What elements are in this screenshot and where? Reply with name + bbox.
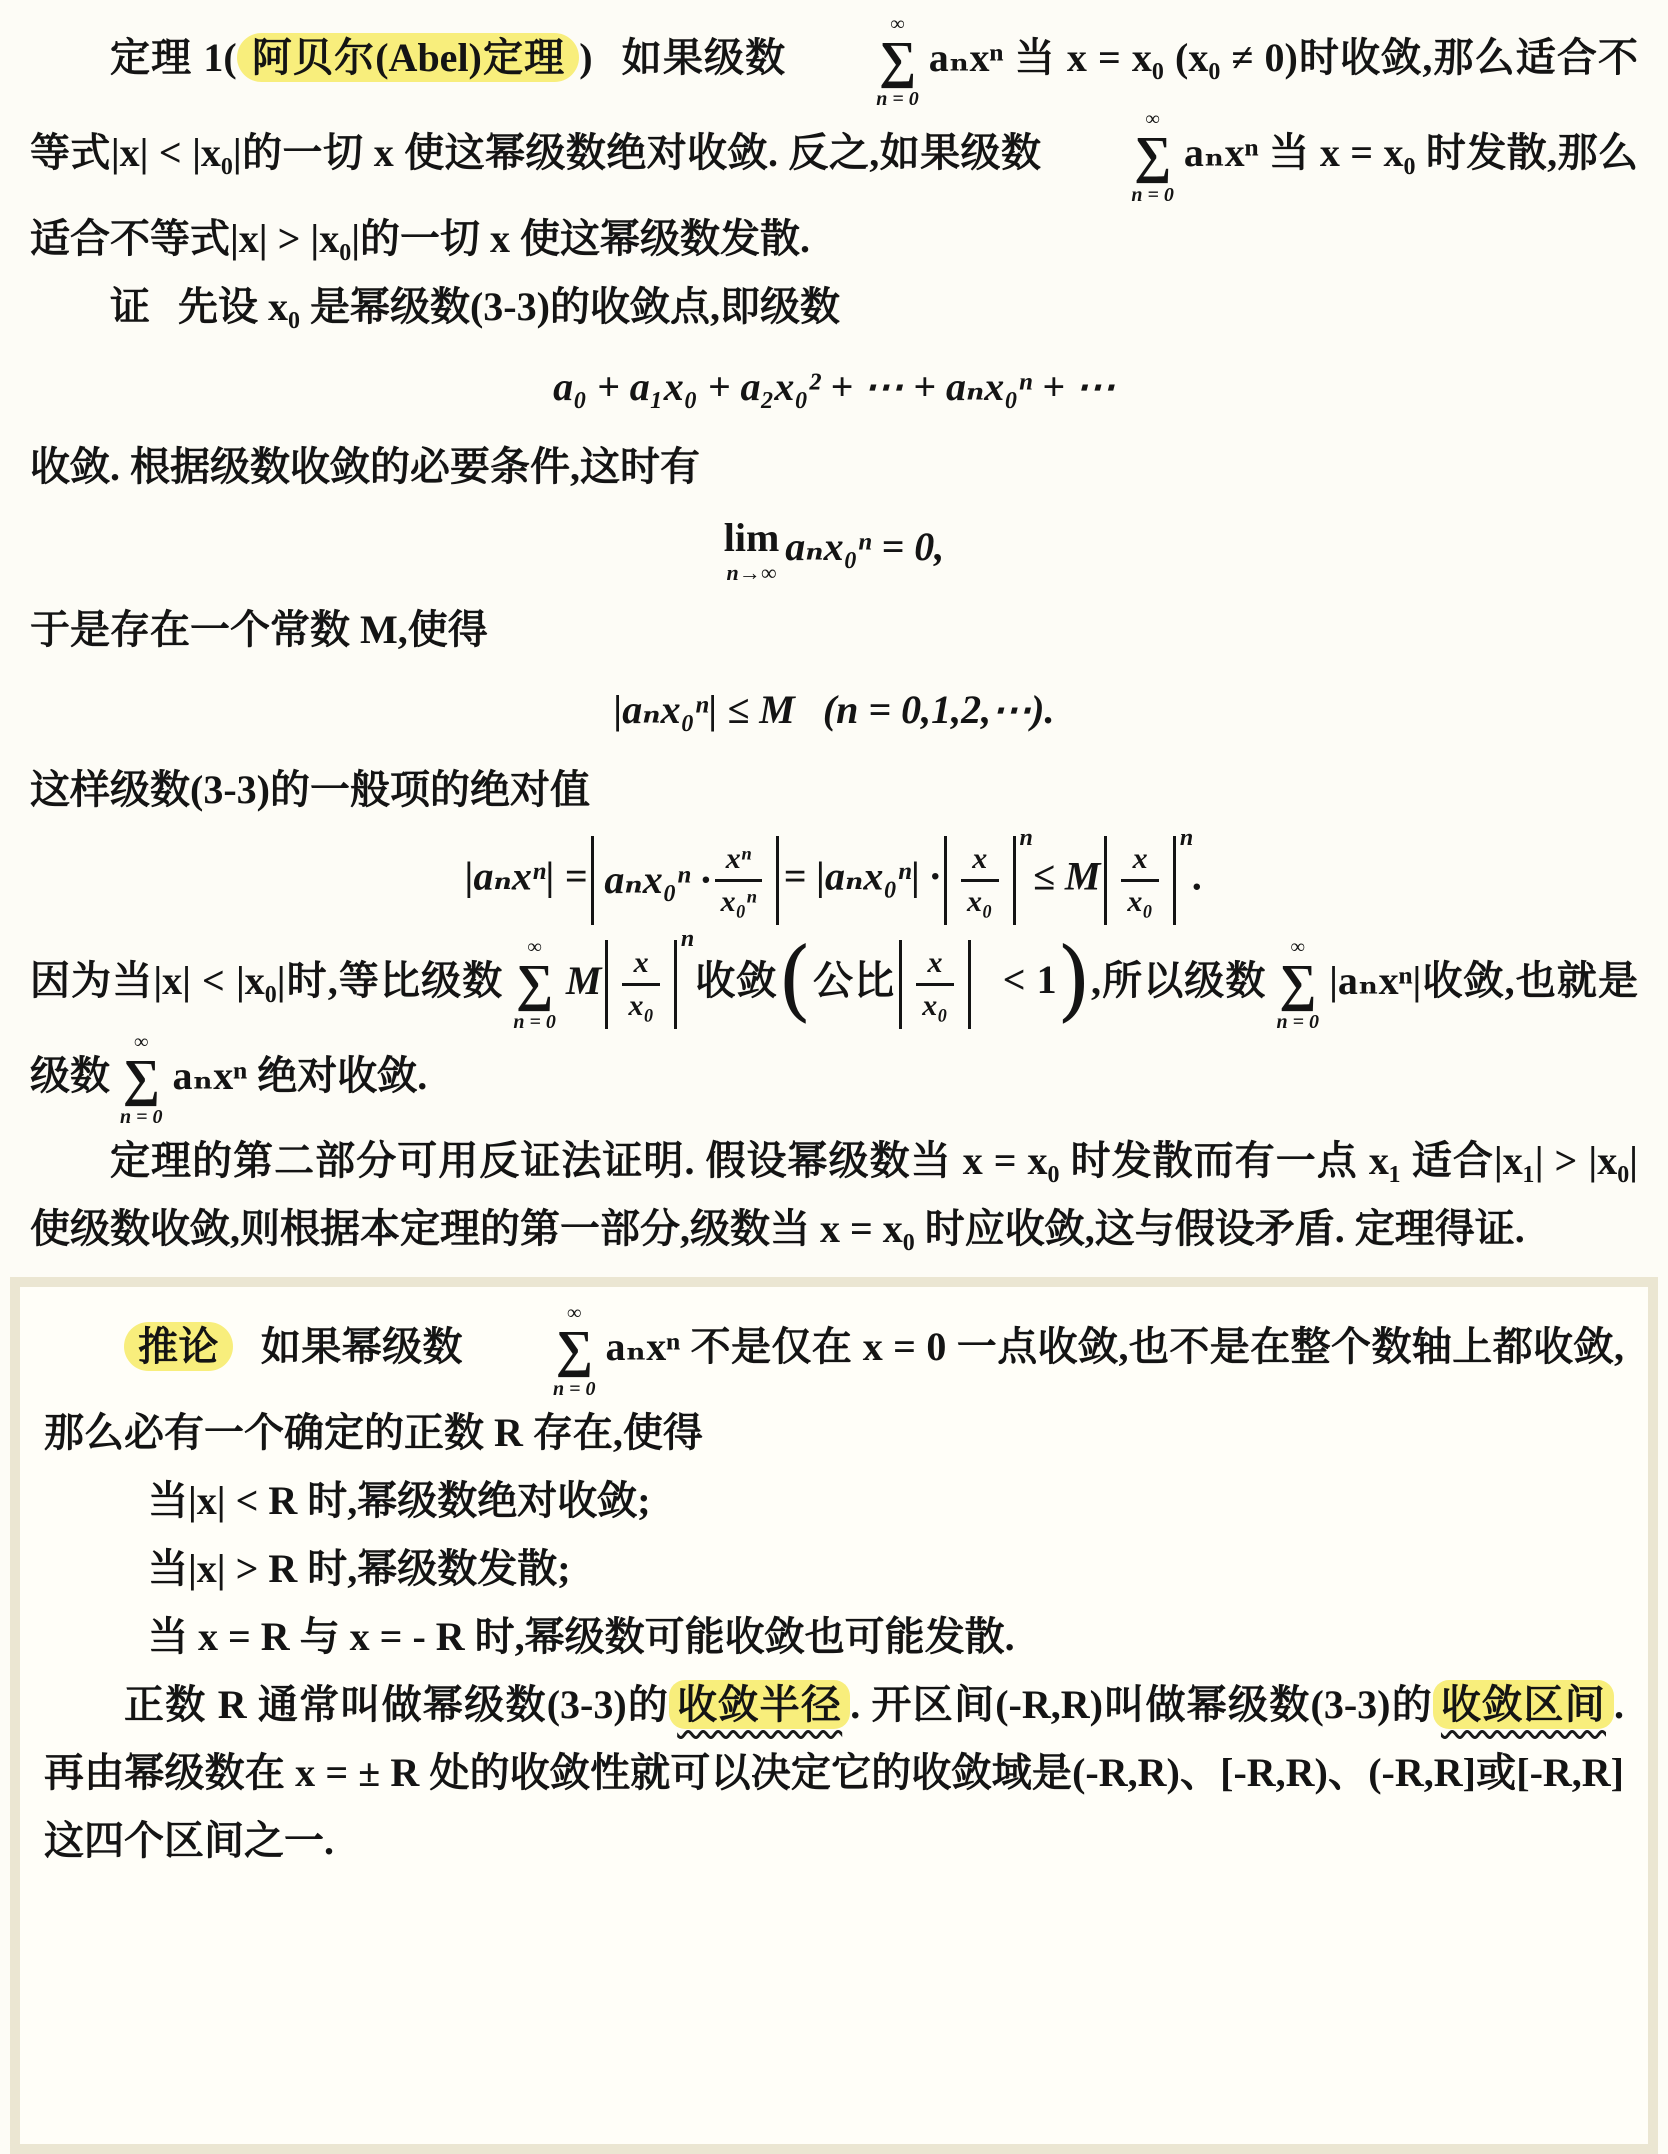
formula-2-tail: aₙx₀ⁿ = 0, [785,524,944,569]
sum-lower-limit: n = 0 [1277,1008,1320,1032]
case-line-1: 当|x| < R 时,幂级数绝对收敛; [44,1467,1624,1535]
f4-end: . [1193,853,1203,898]
case-2-text: 当|x| > R 时,幂级数发散; [148,1546,571,1591]
left-paren-big: ( [778,928,812,1031]
abs-bars: xx₀ [899,940,970,1029]
fraction-denominator: x₀ [1121,879,1158,919]
fraction-x-x0: xx₀ [1121,842,1158,919]
corollary-paragraph: 推论如果幂级数∞∑n = 0aₙxⁿ 不是仅在 x = 0 一点收敛,也不是在整… [44,1303,1624,1466]
formula-general-term: |aₙxⁿ| =aₙx₀ⁿ ·xⁿx₀ⁿ= |aₙx₀ⁿ| ·xx₀n≤ Mxx… [30,836,1638,925]
fraction-denominator: x₀ⁿ [715,879,763,919]
geo-text-1: 因为当|x| < |x₀|时,等比级数 [30,957,503,1002]
sigma-icon: ∑ [123,1054,160,1103]
abs-value-line: 这样级数(3-3)的一般项的绝对值 [30,756,1638,824]
sum-symbol: ∞∑n = 0 [796,14,919,109]
formula-3-right: (n = 0,1,2,⋯). [823,687,1055,732]
sum-lower-limit: n = 0 [796,85,919,109]
proof-label: 证 [110,284,150,329]
fraction-numerator: x [966,842,993,879]
case-line-3: 当 x = R 与 x = - R 时,幂级数可能收敛也可能发散. [44,1603,1624,1671]
formula-limit: limn→∞aₙx₀ⁿ = 0, [30,513,1638,584]
highlight-abel-theorem: 阿贝尔(Abel)定理 [237,33,580,82]
textbook-page: 定理 1(阿贝尔(Abel)定理)如果级数∞∑n = 0aₙxⁿ 当 x = x… [0,0,1668,2154]
exponent-n: n [1180,825,1193,851]
radius-paragraph: 正数 R 通常叫做幂级数(3-3)的收敛半径. 开区间(-R,R)叫做幂级数(3… [44,1671,1624,1875]
geo-text-5: aₙxⁿ 绝对收敛. [173,1053,428,1098]
abs-bars: xx₀ [944,836,1015,925]
main-content: 定理 1(阿贝尔(Abel)定理)如果级数∞∑n = 0aₙxⁿ 当 x = x… [0,0,1668,1263]
geo-gongbi: 公比 [812,957,895,1002]
theorem-text-1: 如果级数 [621,35,787,80]
highlight-convergence-interval: 收敛区间 [1433,1680,1614,1729]
highlight-convergence-radius: 收敛半径 [669,1680,850,1729]
corollary-text-1: 如果幂级数 [261,1324,463,1369]
fraction-numerator: x [922,946,949,983]
fraction-numerator: xⁿ [720,842,757,879]
proof-converge-text: 收敛. 根据级数收敛的必要条件,这时有 [30,444,700,489]
right-paren-big: ) [1057,928,1091,1031]
theorem-paragraph: 定理 1(阿贝尔(Abel)定理)如果级数∞∑n = 0aₙxⁿ 当 x = x… [30,14,1638,273]
geo-text-2: 收敛 [694,957,777,1002]
proof-intro-text: 先设 x₀ 是幂级数(3-3)的收敛点,即级数 [178,284,840,329]
case-line-2: 当|x| > R 时,幂级数发散; [44,1535,1624,1603]
sigma-icon: ∑ [1279,959,1316,1008]
f4-leq: ≤ M [1033,853,1101,898]
corollary-box: 推论如果幂级数∞∑n = 0aₙxⁿ 不是仅在 x = 0 一点收敛,也不是在整… [10,1277,1658,2154]
abs-bars: aₙx₀ⁿ ·xⁿx₀ⁿ [591,836,779,925]
geo-M: M [566,957,602,1002]
radius-text-2: . 开区间(-R,R)叫做幂级数(3-3)的 [850,1682,1433,1727]
exponent-n: n [681,926,694,952]
formula-bound: |aₙx₀ⁿ| ≤ M(n = 0,1,2,⋯). [30,676,1638,744]
exponent-n: n [1020,825,1033,851]
geo-text-3: ,所以级数 [1091,957,1267,1002]
highlight-corollary-label: 推论 [124,1322,233,1371]
abs-value-text: 这样级数(3-3)的一般项的绝对值 [30,767,590,812]
theorem-after-highlight: ) [579,35,592,80]
proof-converge-line: 收敛. 根据级数收敛的必要条件,这时有 [30,433,1638,501]
f4-mid: = |aₙx₀ⁿ| · [783,853,940,898]
sum-symbol: ∞∑n = 0 [513,937,556,1032]
sum-lower-limit: n = 0 [473,1375,596,1399]
geo-lt-one: < 1 [1003,957,1057,1002]
formula-1-text: a₀ + a₁x₀ + a₂x₀² + ⋯ + aₙx₀ⁿ + ⋯ [553,364,1115,409]
lim-subscript: n→∞ [727,558,777,584]
formula-3-left: |aₙx₀ⁿ| ≤ M [614,687,795,732]
sigma-icon: ∑ [476,1325,593,1374]
abs-bars: xx₀ [605,940,676,1029]
sigma-icon: ∑ [516,959,553,1008]
fraction-x-x0: xx₀ [961,842,998,919]
case-3-text: 当 x = R 与 x = - R 时,幂级数可能收敛也可能发散. [148,1614,1015,1659]
proof-intro: 证先设 x₀ 是幂级数(3-3)的收敛点,即级数 [30,273,1638,341]
fraction-x-x0: xx₀ [622,946,659,1023]
sigma-icon: ∑ [1054,131,1171,180]
sigma-icon: ∑ [799,36,916,85]
sum-lower-limit: n = 0 [1051,181,1174,205]
fraction-denominator: x₀ [961,879,998,919]
f4-lhs: |aₙxⁿ| = [465,853,588,898]
f4-inner: aₙx₀ⁿ · [604,846,710,914]
sum-symbol: ∞∑n = 0 [1051,109,1174,204]
sum-lower-limit: n = 0 [120,1103,163,1127]
theorem-lead: 定理 1( [110,35,237,80]
constant-m-text: 于是存在一个常数 M,使得 [30,607,488,652]
geometric-series-paragraph: 因为当|x| < |x₀|时,等比级数∞∑n = 0Mxx₀n收敛(公比xx₀<… [30,937,1638,1128]
case-1-text: 当|x| < R 时,幂级数绝对收敛; [148,1478,651,1523]
fraction-x-x0: xx₀ [916,946,953,1023]
sum-symbol: ∞∑n = 0 [473,1303,596,1398]
fraction-denominator: x₀ [916,983,953,1023]
radius-text-1: 正数 R 通常叫做幂级数(3-3)的 [124,1682,669,1727]
fraction-denominator: x₀ [622,983,659,1023]
proof-part2-paragraph: 定理的第二部分可用反证法证明. 假设幂级数当 x = x₀ 时发散而有一点 x₁… [30,1127,1638,1263]
fraction-xn-x0n: xⁿx₀ⁿ [715,842,763,919]
sum-symbol: ∞∑n = 0 [1277,937,1320,1032]
limit-operator: limn→∞ [724,518,780,584]
fraction-numerator: x [1127,842,1154,879]
sum-symbol: ∞∑n = 0 [120,1032,163,1127]
constant-m-line: 于是存在一个常数 M,使得 [30,596,1638,664]
sum-lower-limit: n = 0 [513,1008,556,1032]
abs-bars: xx₀ [1104,836,1175,925]
formula-series-expansion: a₀ + a₁x₀ + a₂x₀² + ⋯ + aₙx₀ⁿ + ⋯ [30,353,1638,421]
fraction-numerator: x [628,946,655,983]
proof-part2-text: 定理的第二部分可用反证法证明. 假设幂级数当 x = x₀ 时发散而有一点 x₁… [30,1138,1638,1251]
lim-word: lim [724,518,780,558]
